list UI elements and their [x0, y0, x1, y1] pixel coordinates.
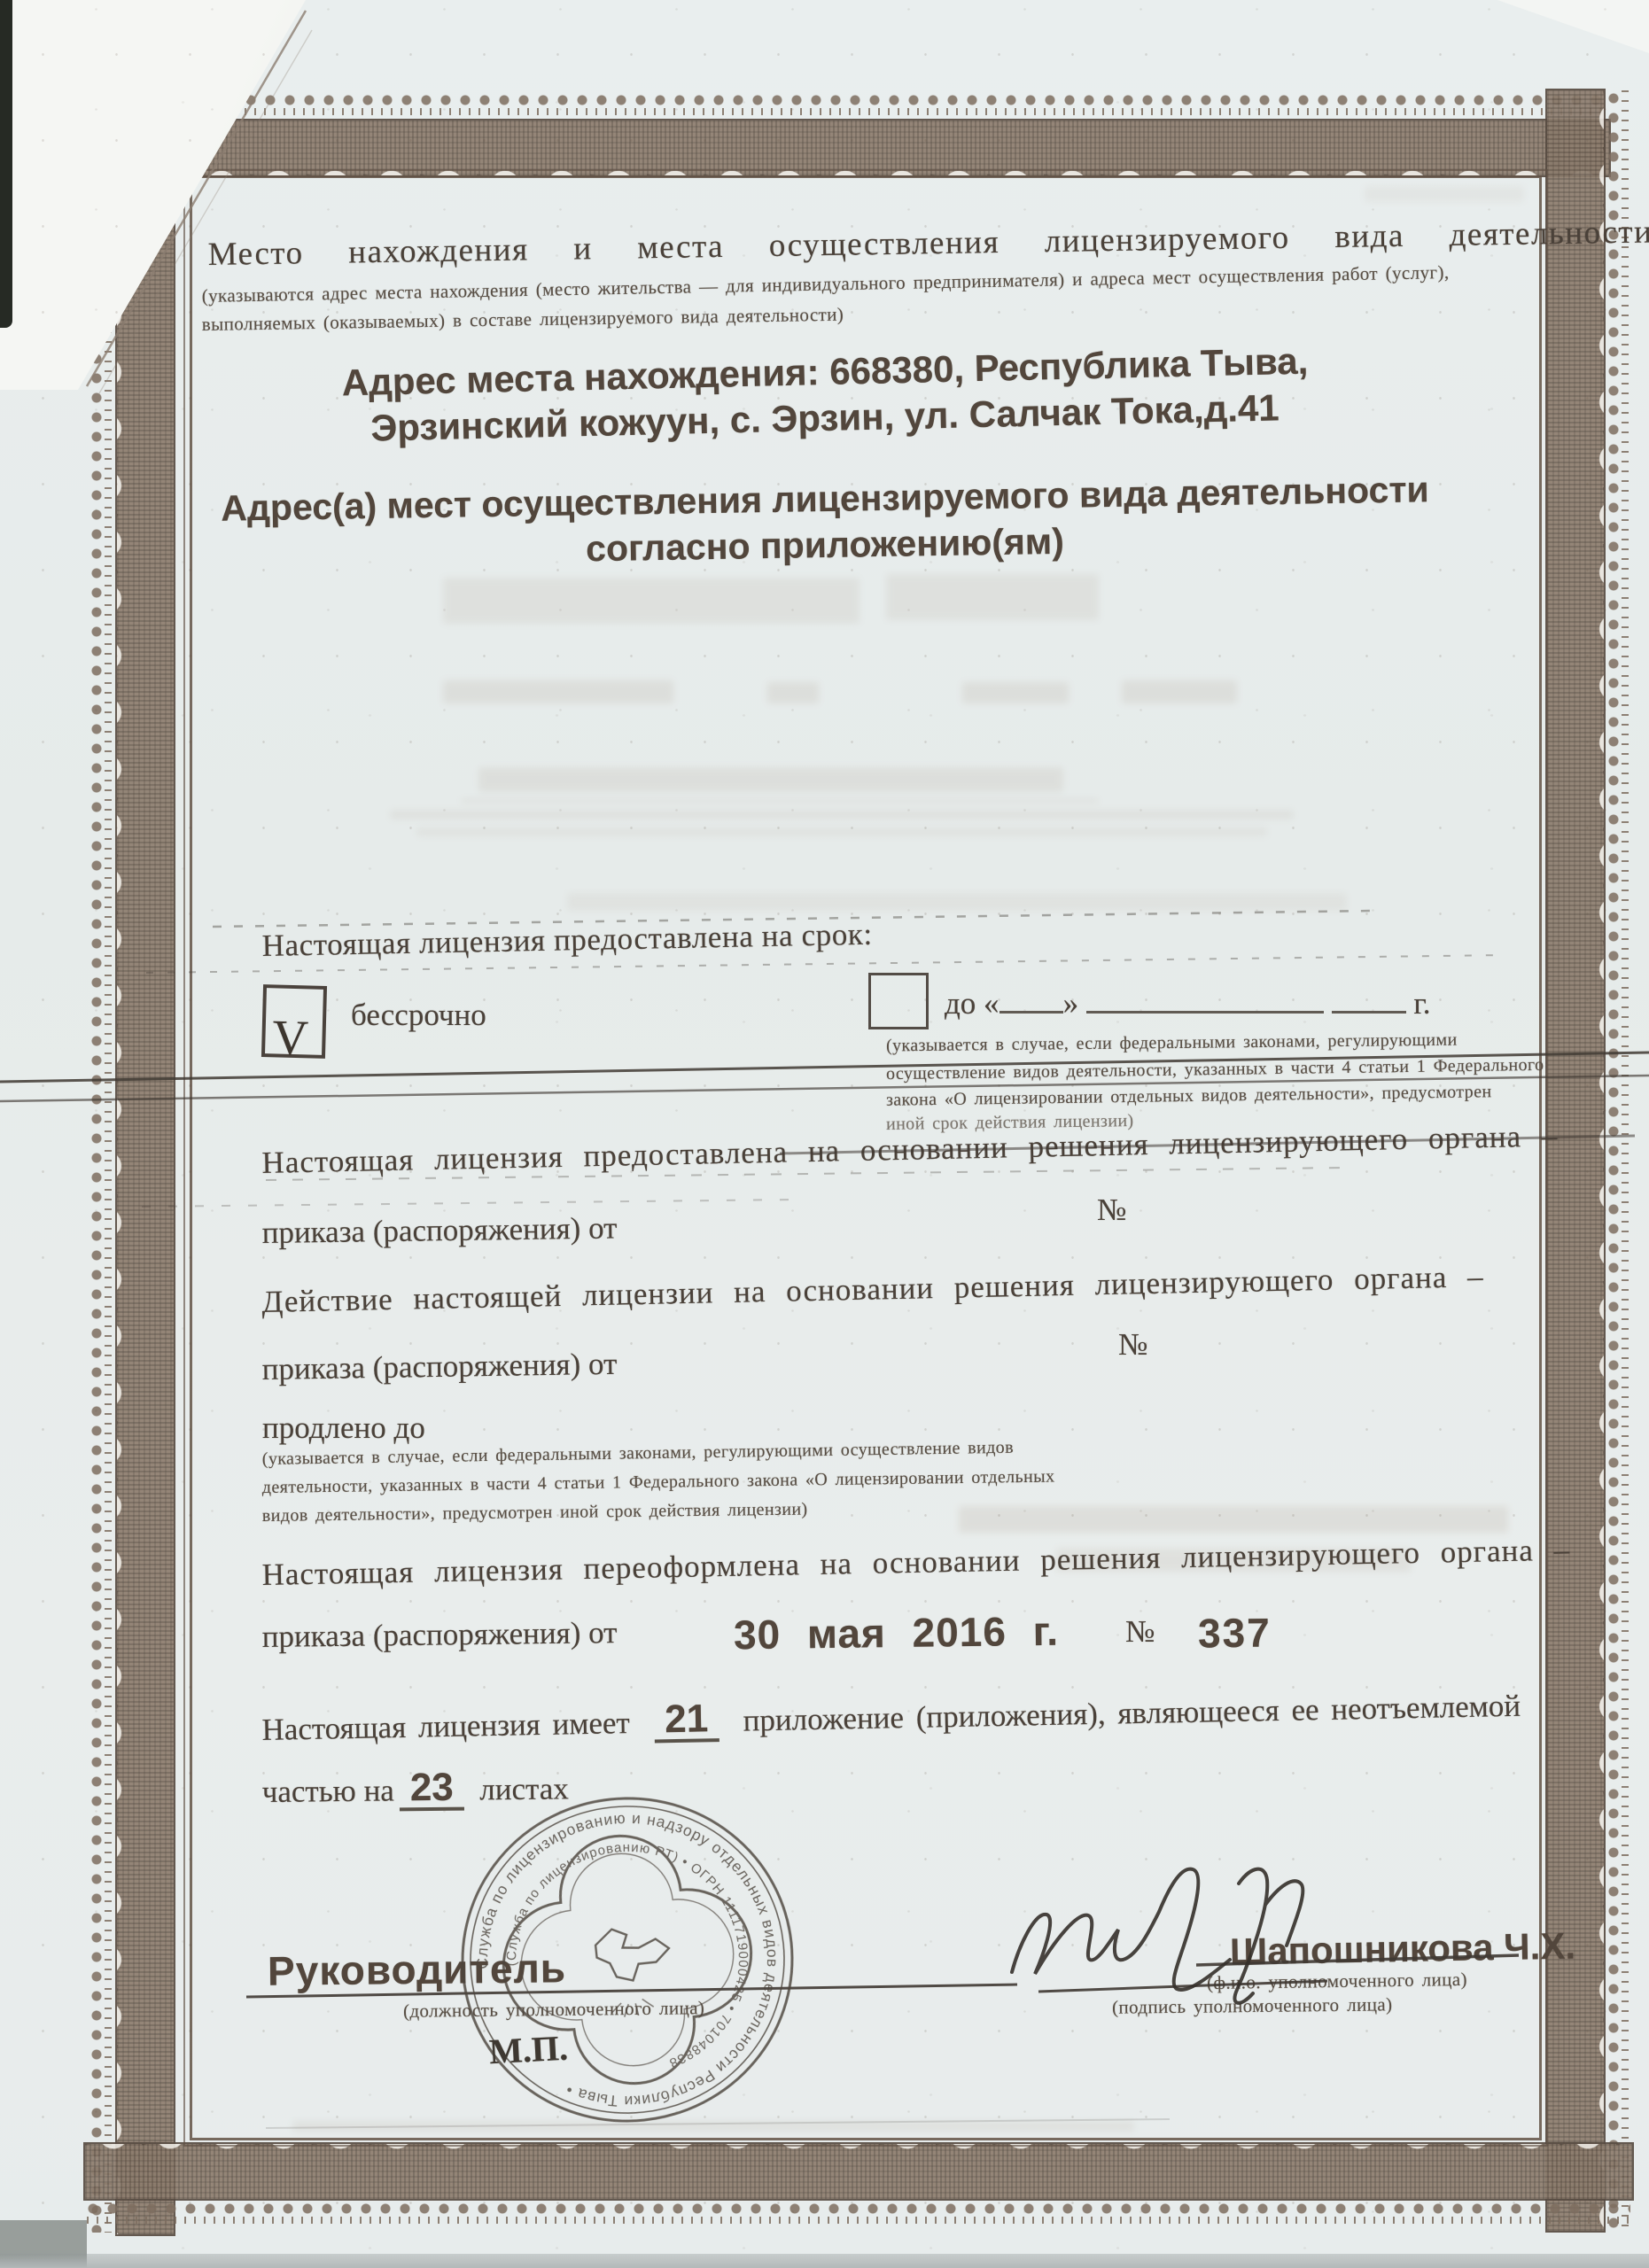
reissued-order-label: приказа (распоряжения) от — [262, 1615, 618, 1655]
border-band-left — [115, 115, 175, 2236]
granted-number-sign: № — [1097, 1192, 1126, 1228]
bleedthrough-ghost — [962, 682, 1069, 703]
bleedthrough-ghost — [1122, 680, 1237, 703]
attachment-count: 21 — [654, 1699, 719, 1743]
until-year-suffix: г. — [1413, 986, 1430, 1021]
prolonged-until-label: продлено до — [262, 1410, 425, 1446]
bleedthrough-ghost — [443, 578, 860, 624]
name-value: Шапошникова Ч.Х. — [1230, 1925, 1576, 1974]
term-indefinite-label: бессрочно — [351, 998, 486, 1033]
until-month-blank — [1086, 978, 1324, 1014]
reissued-number-sign: № — [1125, 1614, 1155, 1650]
bleedthrough-ghost — [1365, 186, 1524, 202]
prolonged-order-label: приказа (распоряжения) от — [261, 1347, 617, 1387]
bleedthrough-ghost — [767, 682, 819, 703]
bleedthrough-ghost — [416, 827, 1267, 836]
activity-address-line-2: согласно приложению(ям) — [585, 521, 1063, 570]
term-until-line: до «» г. — [945, 978, 1430, 1021]
scanner-strip-bottom — [0, 2254, 1649, 2268]
border-lace-left — [89, 115, 112, 2233]
border-lace-top — [85, 92, 1606, 115]
name-caption: (ф.и.о. уполномоченного лица) — [1207, 1969, 1467, 1994]
prolonged-number-sign: № — [1118, 1327, 1147, 1363]
bleedthrough-ghost — [443, 680, 673, 703]
bleedthrough-ghost — [567, 893, 1347, 911]
attachments-prefix: Настоящая лицензия имеет — [261, 1705, 630, 1747]
until-day-blank — [1000, 978, 1063, 1014]
bleedthrough-ghost — [478, 767, 1063, 792]
bleedthrough-ghost — [886, 574, 1099, 620]
signature-caption: (подпись уполномоченного лица) — [1112, 1993, 1393, 2018]
official-round-stamp: Служба по лицензированию и надзору отдел… — [432, 1765, 822, 2155]
border-band-right — [1545, 89, 1606, 2233]
bleedthrough-ghost — [390, 810, 1294, 819]
border-lace-right — [1606, 89, 1629, 2229]
reissued-order-number: 337 — [1198, 1608, 1272, 1657]
seal-place-mark: М.П. — [488, 2027, 569, 2073]
until-year-blank — [1332, 978, 1406, 1014]
border-lace-bottom — [83, 2201, 1630, 2224]
scanned-license-page: Место нахождения и места осуществления л… — [0, 0, 1649, 2268]
until-quote-close: » — [1063, 986, 1079, 1021]
checkbox-until — [868, 973, 929, 1029]
border-band-bottom — [83, 2142, 1634, 2201]
reissued-order-date: 30 мая 2016 г. — [734, 1607, 1060, 1658]
attachments-tail-prefix: частью на — [262, 1773, 394, 1809]
page-corner-wedge — [1489, 0, 1649, 57]
checkbox-indefinite: V — [261, 984, 327, 1059]
granted-order-label: приказа (распоряжения) от — [261, 1210, 617, 1251]
bleedthrough-ghost — [461, 799, 1099, 803]
bleedthrough-ghost — [959, 1506, 1508, 1533]
until-prefix: до « — [945, 986, 1000, 1021]
checkbox-check-mark: V — [272, 1009, 309, 1067]
scanner-edge-dark — [0, 0, 12, 328]
